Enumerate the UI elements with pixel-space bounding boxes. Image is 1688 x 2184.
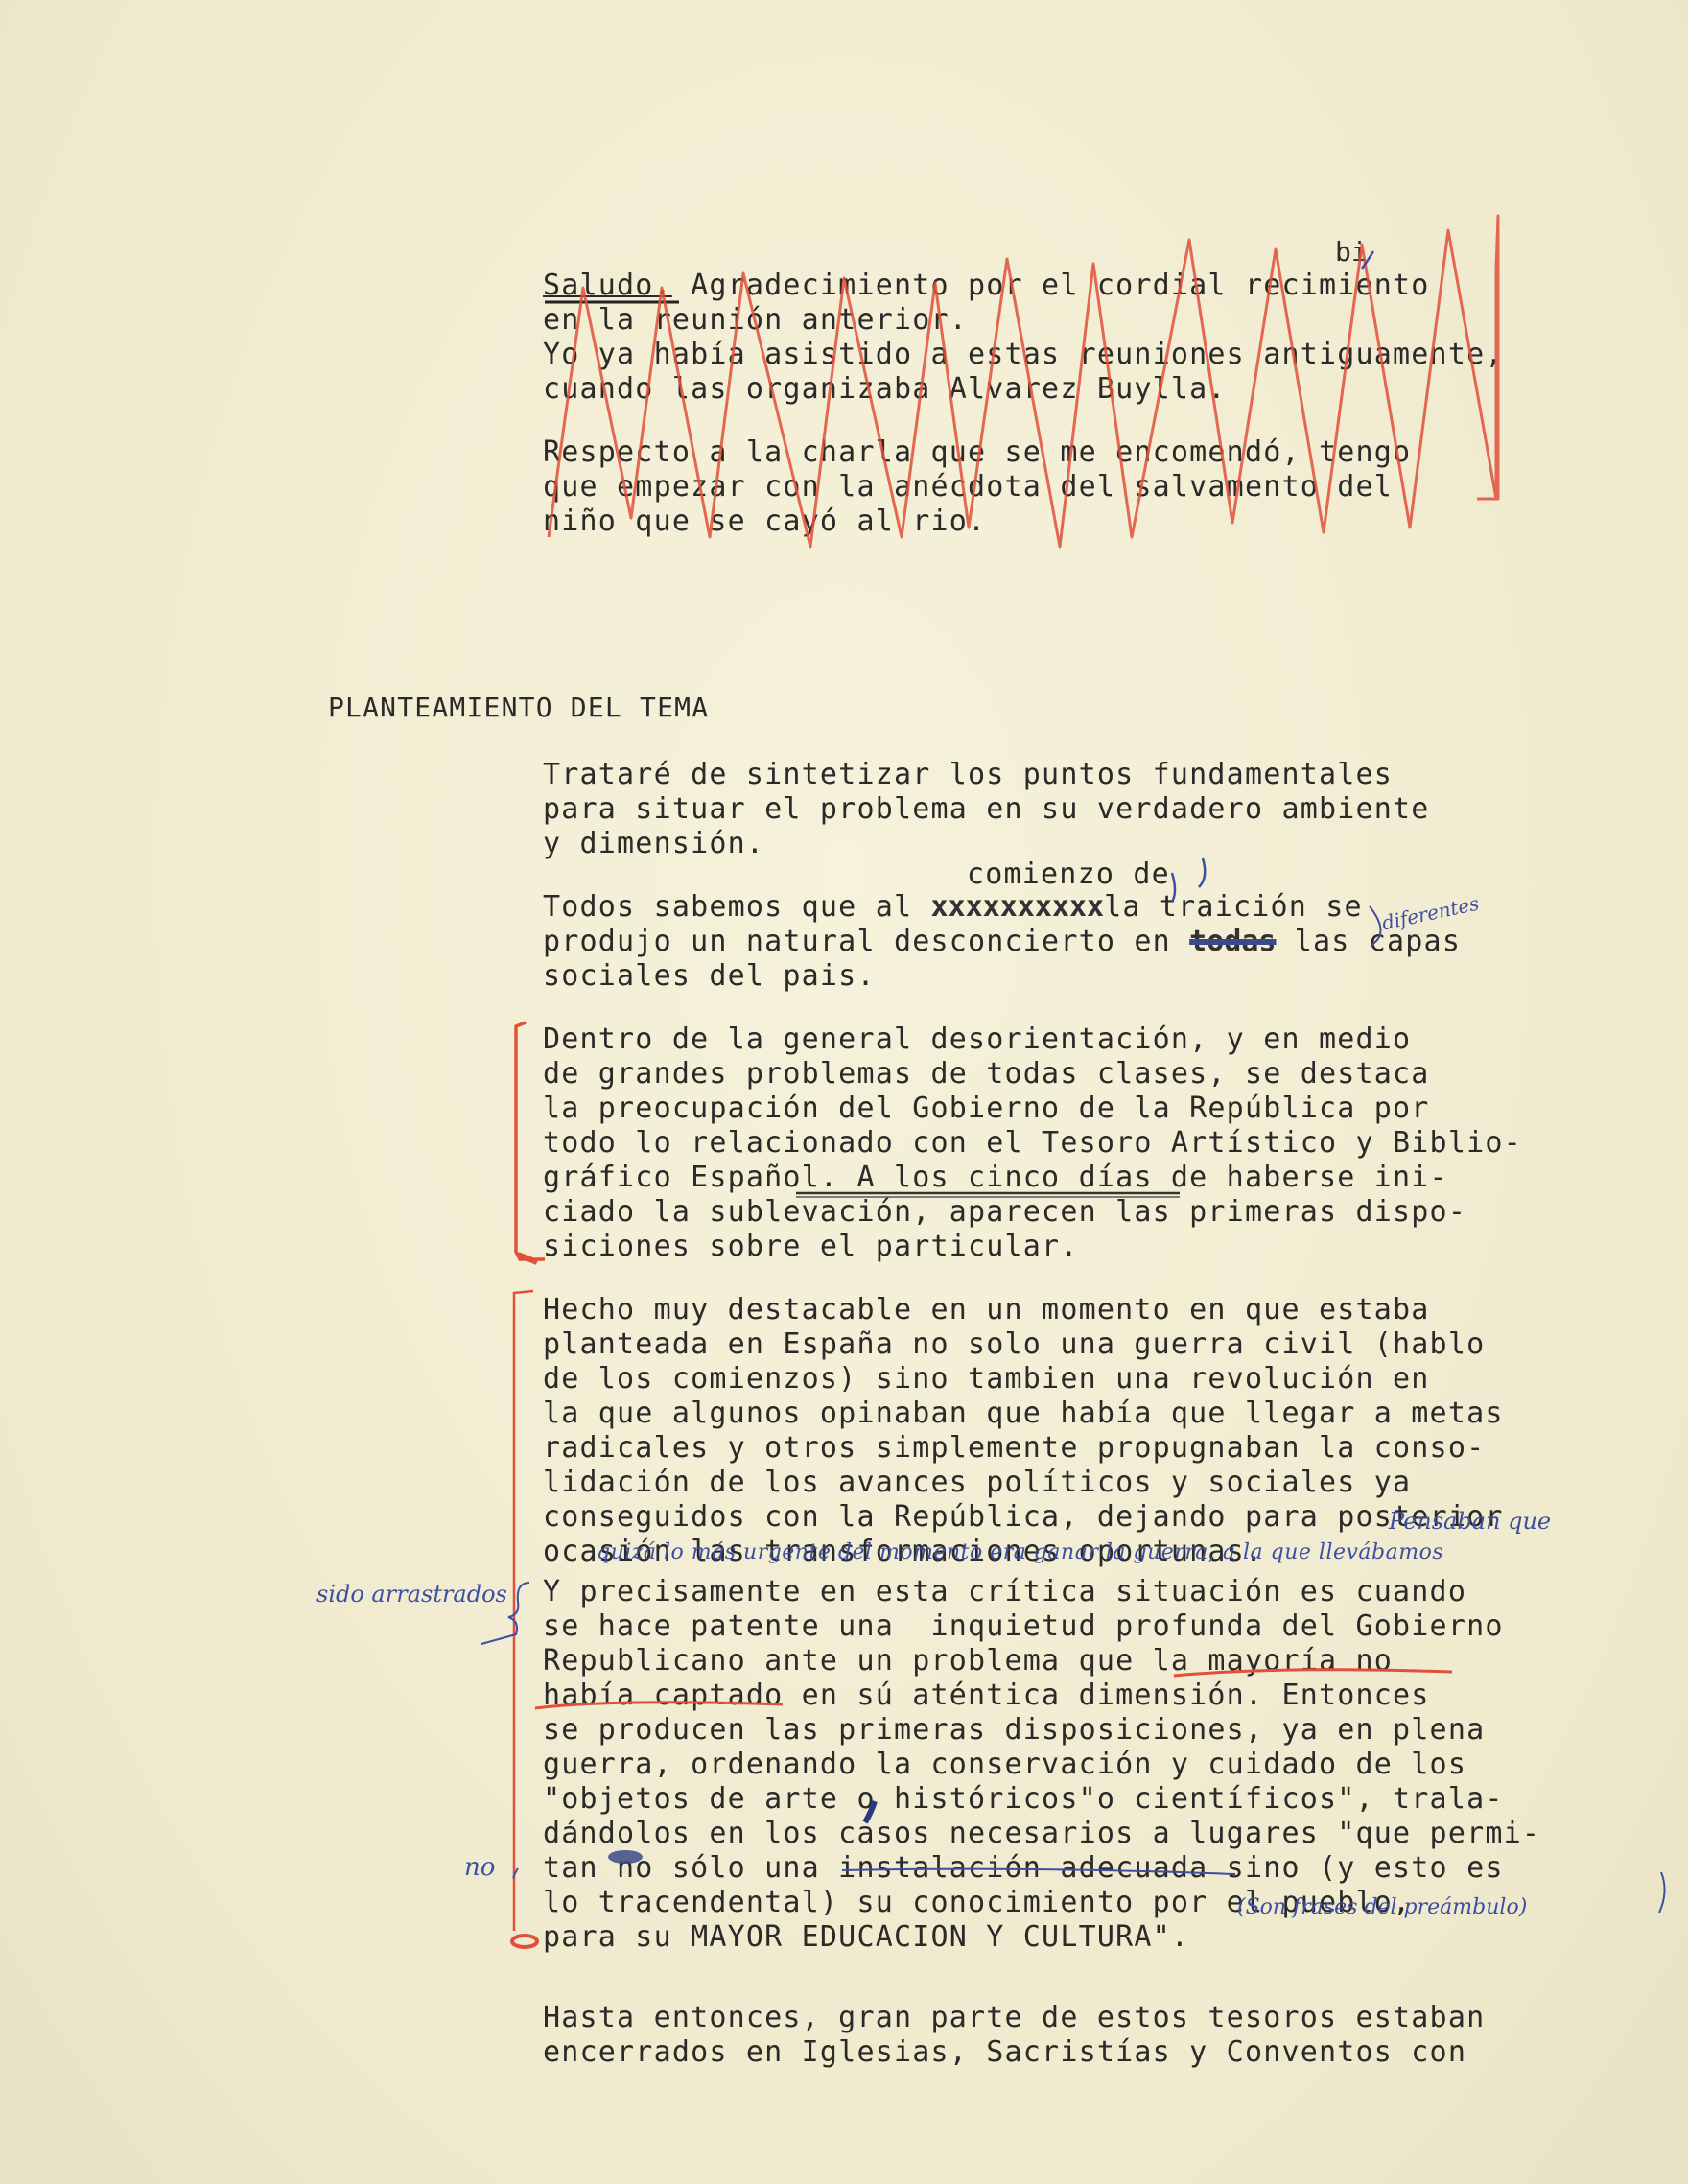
bracket-mark bbox=[1659, 1872, 1665, 1913]
red-bracket-icon bbox=[512, 1936, 537, 1947]
strike-scribble bbox=[608, 1850, 643, 1864]
red-zigzag-icon bbox=[549, 216, 1498, 547]
underline-mark bbox=[842, 1869, 1235, 1874]
ink-mark bbox=[865, 1801, 875, 1822]
red-underline-mark bbox=[1174, 1670, 1452, 1676]
caret-mark bbox=[1370, 906, 1381, 945]
bracket-mark bbox=[481, 1583, 529, 1644]
red-bracket-icon bbox=[516, 1022, 545, 1259]
annotation-marks bbox=[0, 0, 1688, 2184]
red-underline-mark bbox=[535, 1703, 783, 1708]
red-bracket-icon bbox=[518, 1255, 537, 1262]
caret-mark bbox=[1172, 858, 1205, 902]
document-page: bi Saludo. Agradecimiento por el cordial… bbox=[0, 0, 1688, 2184]
